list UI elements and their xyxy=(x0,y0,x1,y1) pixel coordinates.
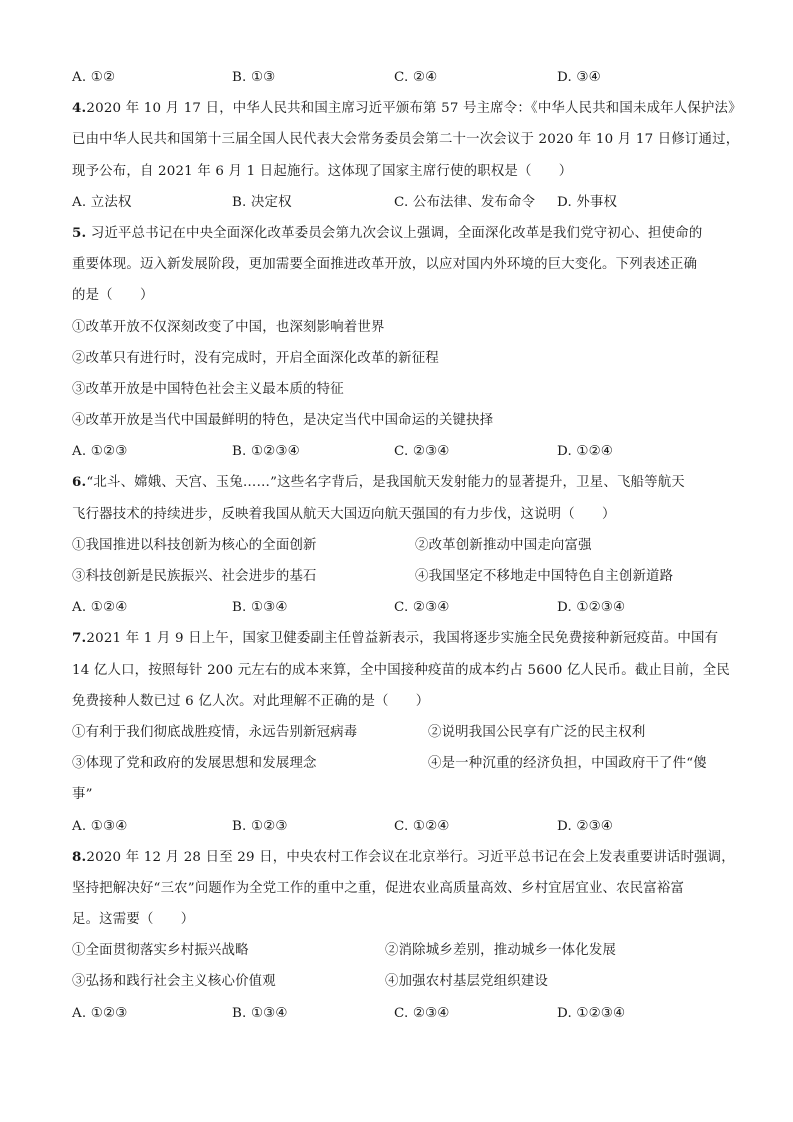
statement-4: ④加强农村基层党组织建设 xyxy=(385,966,548,997)
exam-page: A. ①② B. ①③ C. ②④ D. ③④ 4.2020 年 10 月 17… xyxy=(72,62,722,1029)
question-number: 4. xyxy=(72,100,86,116)
option-d: D. 外事权 xyxy=(557,187,617,218)
question-text: 2021 年 1 月 9 日上午，国家卫健委副主任曾益新表示，我国将逐步实施全民… xyxy=(86,631,718,646)
q7-options: A. ①③④ B. ①②③ C. ①②④ D. ②③④ xyxy=(72,811,722,842)
q6-options: A. ①②④ B. ①③④ C. ②③④ D. ①②③④ xyxy=(72,592,722,623)
question-number: 6. xyxy=(72,474,86,490)
q4-options: A. 立法权 B. 决定权 C. 公布法律、发布命令 D. 外事权 xyxy=(72,187,722,218)
question-text: 已由中华人民共和国第十三届全国人民代表大会常务委员会第二十一次会议于 2020 … xyxy=(72,124,722,155)
statement-1: ①全面贯彻落实乡村振兴战略 xyxy=(72,935,385,966)
question-text: 免费接种人数已过 6 亿人次。对此理解不正确的是（ ） xyxy=(72,686,722,717)
option-a: A. ①③④ xyxy=(72,811,232,842)
option-d: D. ②③④ xyxy=(557,811,613,842)
option-c: C. ②③④ xyxy=(394,436,557,467)
option-b: B. ①③④ xyxy=(232,998,394,1029)
statement-4: ④改革开放是当代中国最鲜明的特色，是决定当代中国命运的关键抉择 xyxy=(72,405,722,436)
option-a: A. 立法权 xyxy=(72,187,232,218)
statement-3: ③体现了党和政府的发展思想和发展理念 xyxy=(72,748,428,779)
option-a: A. ①② xyxy=(72,62,232,93)
statement-2: ②改革创新推动中国走向富强 xyxy=(415,530,592,561)
question-text: 14 亿人口，按照每针 200 元左右的成本来算，全中国接种疫苗的成本约占 56… xyxy=(72,655,722,686)
question-number: 8. xyxy=(72,849,86,865)
statement-2: ②消除城乡差别，推动城乡一体化发展 xyxy=(385,935,616,966)
option-d: D. ③④ xyxy=(557,62,601,93)
option-b: B. ①②③ xyxy=(232,811,394,842)
question-text: 现予公布，自 2021 年 6 月 1 日起施行。这体现了国家主席行使的职权是（… xyxy=(72,156,722,187)
statement-3: ③科技创新是民族振兴、社会进步的基石 xyxy=(72,561,415,592)
question-text: 2020 年 10 月 17 日，中华人民共和国主席习近平颁布第 57 号主席令… xyxy=(86,101,741,116)
option-b: B. ①②③④ xyxy=(232,436,394,467)
option-b: B. ①③④ xyxy=(232,592,394,623)
q3-options: A. ①② B. ①③ C. ②④ D. ③④ xyxy=(72,62,722,93)
statement-4-continued: 事” xyxy=(72,779,722,810)
statement-4: ④我国坚定不移地走中国特色自主创新道路 xyxy=(415,561,673,592)
question-text: 习近平总书记在中央全面深化改革委员会第九次会议上强调，全面深化改革是我们党守初心… xyxy=(86,226,702,241)
question-number: 7. xyxy=(72,630,86,646)
option-d: D. ①②④ xyxy=(557,436,613,467)
option-c: C. ②③④ xyxy=(394,998,557,1029)
question-8: 8.2020 年 12 月 28 日至 29 日，中央农村工作会议在北京举行。习… xyxy=(72,842,722,1029)
option-c: C. ②④ xyxy=(394,62,557,93)
option-d: D. ①②③④ xyxy=(557,998,625,1029)
question-text: 飞行器技术的持续进步，反映着我国从航天大国迈向航天强国的有力步伐，这说明（ ） xyxy=(72,499,722,530)
option-c: C. ①②④ xyxy=(394,811,557,842)
option-c: C. ②③④ xyxy=(394,592,557,623)
question-text: 坚持把解决好“三农”问题作为全党工作的重中之重，促进农业高质量高效、乡村宜居宜业… xyxy=(72,873,722,904)
option-a: A. ①②④ xyxy=(72,592,232,623)
statement-2: ②改革只有进行时，没有完成时，开启全面深化改革的新征程 xyxy=(72,343,722,374)
option-b: B. ①③ xyxy=(232,62,394,93)
question-text: 足。这需要（ ） xyxy=(72,904,722,935)
option-c: C. 公布法律、发布命令 xyxy=(394,187,557,218)
option-b: B. 决定权 xyxy=(232,187,394,218)
option-a: A. ①②③ xyxy=(72,436,232,467)
statement-1: ①改革开放不仅深刻改变了中国，也深刻影响着世界 xyxy=(72,312,722,343)
q5-options: A. ①②③ B. ①②③④ C. ②③④ D. ①②④ xyxy=(72,436,722,467)
question-text: 2020 年 12 月 28 日至 29 日，中央农村工作会议在北京举行。习近平… xyxy=(86,850,734,865)
question-text: “北斗、嫦娥、天宫、玉兔……”这些名字背后，是我国航天发射能力的显著提升，卫星、… xyxy=(86,475,685,490)
question-text: 重要体现。迈入新发展阶段，更加需要全面推进改革开放，以应对国内外环境的巨大变化。… xyxy=(72,249,722,280)
q8-options: A. ①②③ B. ①③④ C. ②③④ D. ①②③④ xyxy=(72,998,722,1029)
statement-1: ①有利于我们彻底战胜疫情，永远告别新冠病毒 xyxy=(72,717,428,748)
option-d: D. ①②③④ xyxy=(557,592,625,623)
statement-3: ③弘扬和践行社会主义核心价值观 xyxy=(72,966,385,997)
question-7: 7.2021 年 1 月 9 日上午，国家卫健委副主任曾益新表示，我国将逐步实施… xyxy=(72,623,722,841)
option-a: A. ①②③ xyxy=(72,998,232,1029)
statement-3: ③改革开放是中国特色社会主义最本质的特征 xyxy=(72,374,722,405)
statement-1: ①我国推进以科技创新为核心的全面创新 xyxy=(72,530,415,561)
question-text: 的是（ ） xyxy=(72,280,722,311)
question-number: 5. xyxy=(72,225,86,241)
statement-2: ②说明我国公民享有广泛的民主权利 xyxy=(428,717,645,748)
question-5: 5. 习近平总书记在中央全面深化改革委员会第九次会议上强调，全面深化改革是我们党… xyxy=(72,218,722,468)
question-6: 6.“北斗、嫦娥、天宫、玉兔……”这些名字背后，是我国航天发射能力的显著提升，卫… xyxy=(72,467,722,623)
question-4: 4.2020 年 10 月 17 日，中华人民共和国主席习近平颁布第 57 号主… xyxy=(72,93,722,218)
statement-4: ④是一种沉重的经济负担，中国政府干了件“傻 xyxy=(428,748,707,779)
